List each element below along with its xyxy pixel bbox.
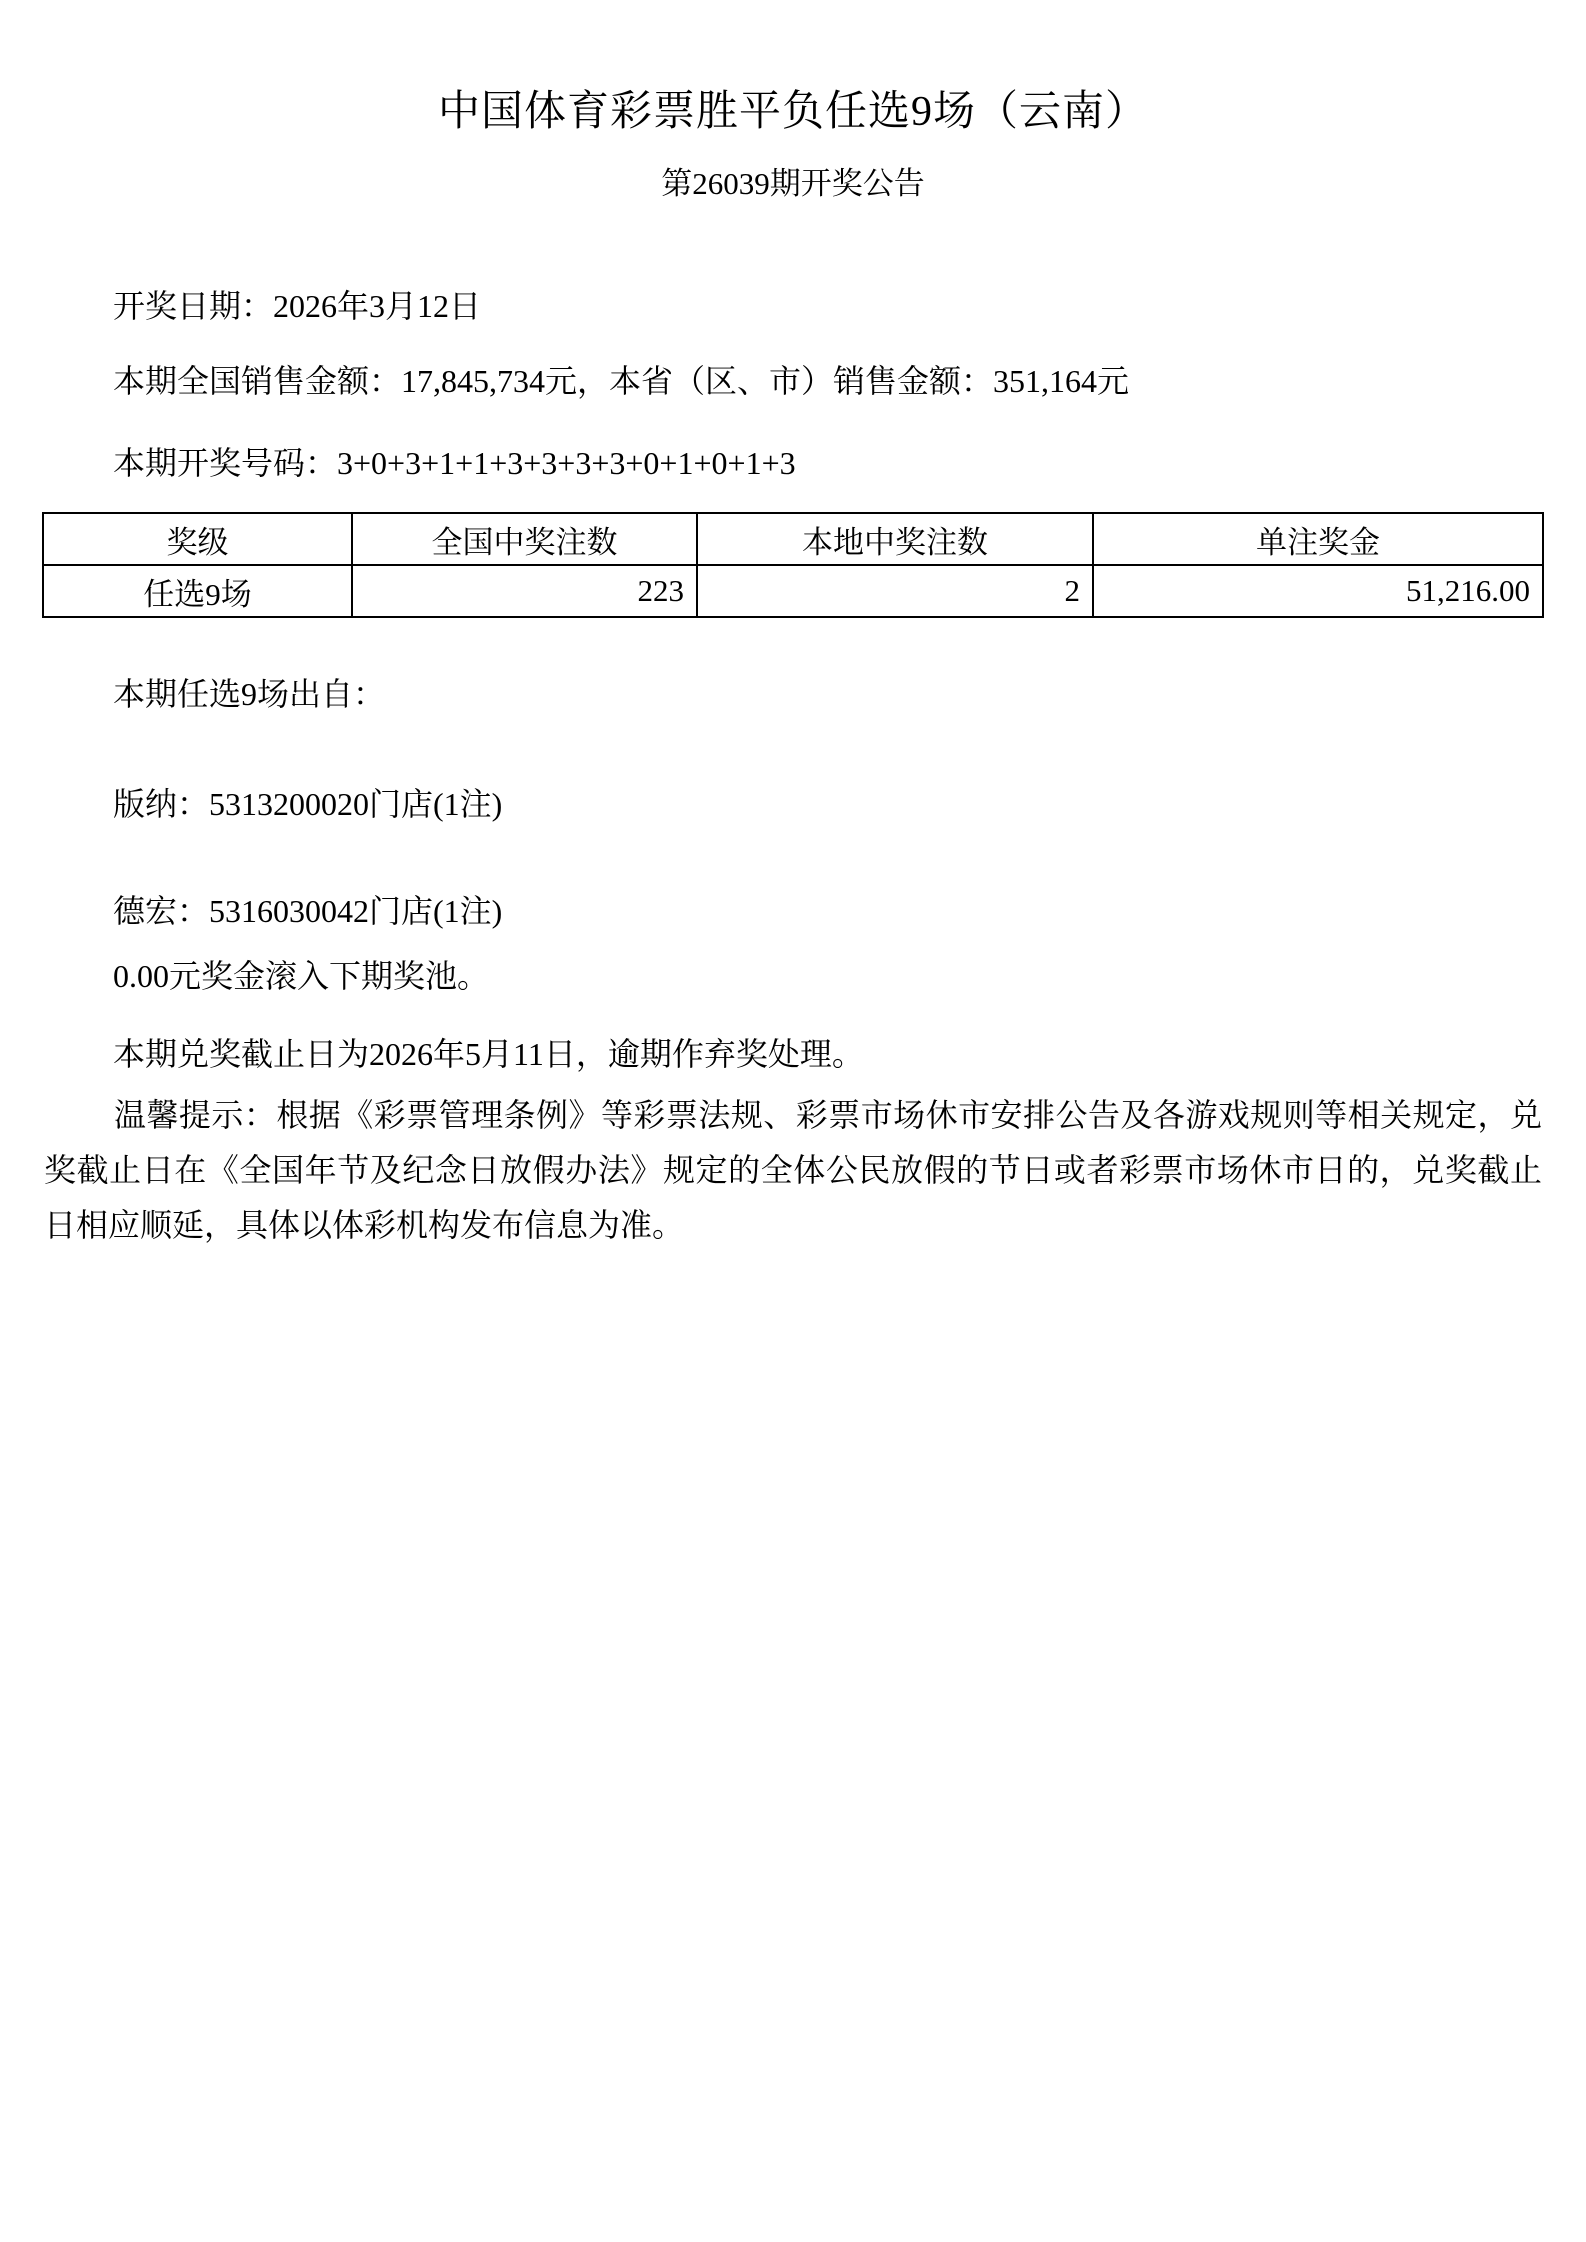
origin-heading: 本期任选9场出自： xyxy=(113,672,1542,716)
cell-prize-per-bet: 51,216.00 xyxy=(1093,565,1543,617)
page-title: 中国体育彩票胜平负任选9场（云南） xyxy=(0,82,1586,142)
redeem-deadline-line: 本期兑奖截止日为2026年5月11日，逾期作弃奖处理。 xyxy=(113,1032,1542,1076)
header-national-winners: 全国中奖注数 xyxy=(352,513,697,565)
winning-numbers-line: 本期开奖号码：3+0+3+1+1+3+3+3+3+0+1+0+1+3 xyxy=(113,441,1542,485)
announcement-page: 中国体育彩票胜平负任选9场（云南） 第26039期开奖公告 开奖日期：2026年… xyxy=(0,0,1586,2242)
prize-table: 奖级 全国中奖注数 本地中奖注数 单注奖金 任选9场 223 2 51,216.… xyxy=(42,512,1544,618)
cell-national-winners: 223 xyxy=(352,565,697,617)
cell-prize-level: 任选9场 xyxy=(43,565,352,617)
sales-amount-line: 本期全国销售金额：17,845,734元，本省（区、市）销售金额：351,164… xyxy=(113,359,1542,403)
prize-table-header-row: 奖级 全国中奖注数 本地中奖注数 单注奖金 xyxy=(43,513,1543,565)
cell-local-winners: 2 xyxy=(697,565,1093,617)
outlet-line: 德宏：5316030042门店(1注) xyxy=(113,889,1542,933)
header-prize-per-bet: 单注奖金 xyxy=(1093,513,1543,565)
draw-date-line: 开奖日期：2026年3月12日 xyxy=(113,284,1542,328)
header-prize-level: 奖级 xyxy=(43,513,352,565)
rollover-line: 0.00元奖金滚入下期奖池。 xyxy=(113,954,1542,998)
header-local-winners: 本地中奖注数 xyxy=(697,513,1093,565)
prize-table-data-row: 任选9场 223 2 51,216.00 xyxy=(43,565,1543,617)
notice-paragraph: 温馨提示：根据《彩票管理条例》等彩票法规、彩票市场休市安排公告及各游戏规则等相关… xyxy=(44,1088,1542,1253)
outlet-line: 版纳：5313200020门店(1注) xyxy=(113,782,1542,826)
page-subtitle: 第26039期开奖公告 xyxy=(0,162,1586,206)
